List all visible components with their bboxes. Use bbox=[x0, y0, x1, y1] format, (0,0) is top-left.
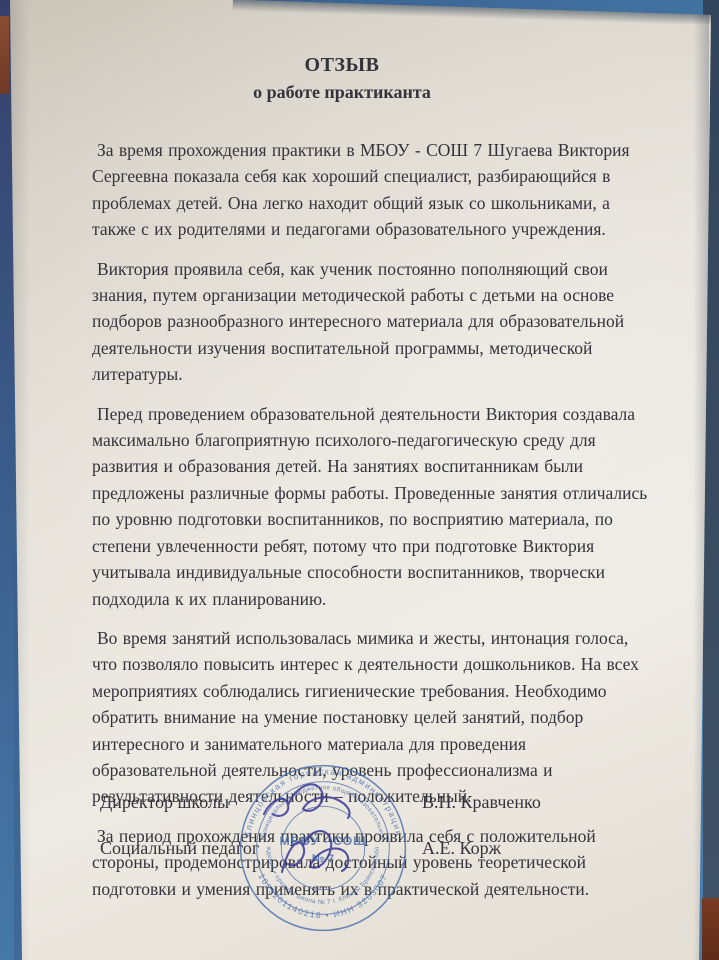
photo-of-document: { "colors": { "table_blue": "#41709f", "… bbox=[0, 0, 719, 960]
document-subtitle: о работе практиканта bbox=[92, 82, 592, 103]
document-title: ОТЗЫВ bbox=[92, 54, 592, 77]
paper-top-edge-shadow bbox=[232, 0, 714, 32]
signature-role-pedagog: Социальный педагог bbox=[100, 838, 422, 859]
paragraph-2: Виктория проявила себя, как ученик посто… bbox=[92, 256, 650, 388]
paragraph-1: За время прохождения практики в МБОУ - С… bbox=[92, 137, 650, 243]
background-wood-corner-bottom-right bbox=[702, 898, 719, 960]
signature-name-director: В.Н. Кравченко bbox=[422, 792, 541, 813]
signature-name-pedagog: А.Е. Корж bbox=[422, 838, 501, 859]
signature-row-pedagog: Социальный педагог А.Е. Корж bbox=[100, 838, 640, 859]
signature-role-director: Директор школы bbox=[100, 792, 422, 813]
document-page: ОТЗЫВ о работе практиканта За время прох… bbox=[0, 0, 719, 960]
signature-row-director: Директор школы В.Н. Кравченко bbox=[100, 792, 640, 813]
background-wood-corner-top-left bbox=[0, 16, 9, 94]
title-block: ОТЗЫВ о работе практиканта bbox=[92, 54, 592, 103]
paragraph-3: Перед проведением образовательной деятел… bbox=[92, 401, 650, 612]
handwritten-signatures bbox=[252, 772, 422, 892]
